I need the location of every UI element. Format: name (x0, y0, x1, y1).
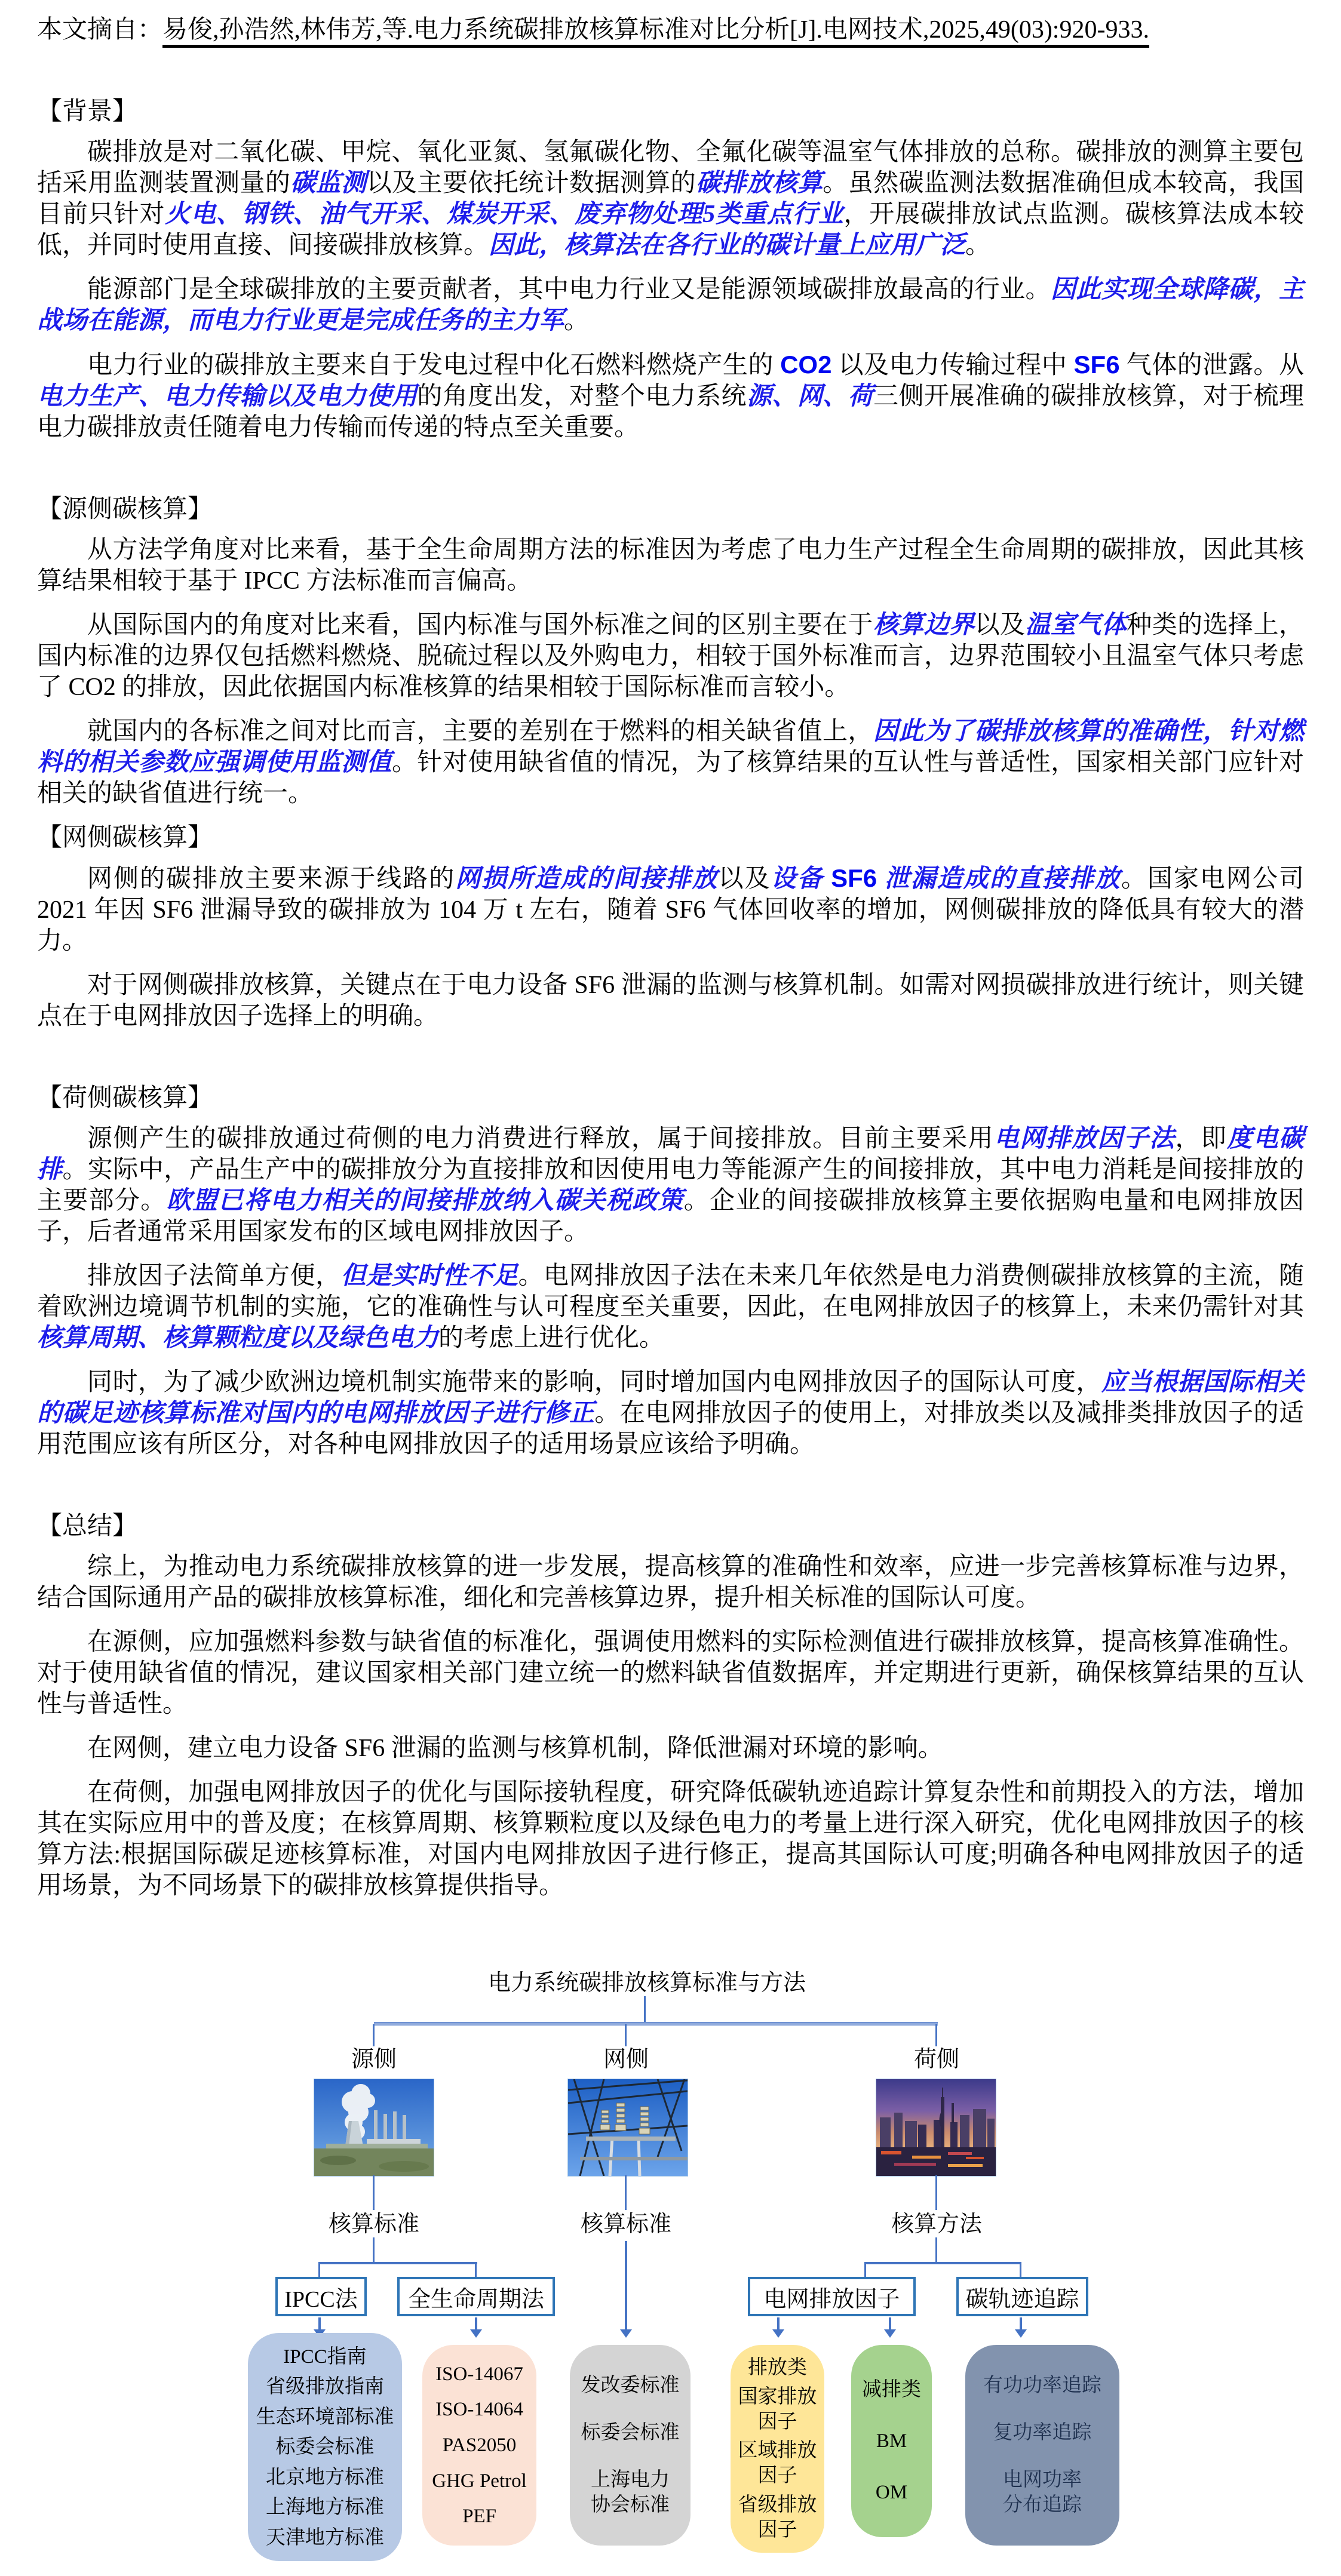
box-item-line: PAS2050 (443, 2433, 517, 2458)
box-item: ISO-14067 (435, 2362, 523, 2387)
paragraph: 在荷侧，加强电网排放因子的优化与国际接轨程度，研究降低碳轨迹追踪计算复杂性和前期… (37, 1777, 1304, 1901)
text-run: 因此，核算法在各行业的碳计量上应用广泛 (489, 232, 965, 259)
section-heading: 【背景】 (37, 96, 1304, 127)
figure-title: 电力系统碳排放核算标准与方法 (372, 1970, 922, 1996)
connector-line (475, 2264, 477, 2277)
box-item-line: 因子 (738, 2517, 817, 2543)
box-item: 发改委标准 (581, 2373, 680, 2398)
text-run: 。 (965, 232, 990, 259)
citation-prefix: 本文摘自： (37, 16, 162, 44)
text-run: 碳监测 (290, 170, 366, 197)
text-run: 排放因子法简单方便， (87, 1262, 340, 1290)
standards-box-ndrc: 发改委标准标委会标准上海电力协会标准 (570, 2345, 691, 2546)
box-item: GHG Petrol (432, 2469, 527, 2494)
arrow-lifecycle (470, 2329, 482, 2338)
box-item-line: GHG Petrol (432, 2469, 527, 2494)
box-item: 省级排放指南 (266, 2374, 384, 2399)
connector-line (644, 1996, 646, 2023)
text-run: 火电、钢铁、油气开采、煤炭开采、废弃物处理5类重点行业 (165, 201, 843, 228)
section-heading: 【网侧碳核算】 (37, 822, 1304, 853)
box-item-line: IPCC指南 (283, 2344, 366, 2369)
arrow-emission-factor-2 (884, 2329, 896, 2338)
text-run: 网侧的碳排放主要来源于线路的 (87, 865, 455, 893)
document-body: 本文摘自：易俊,孙浩然,林伟芳,等.电力系统碳排放核算标准对比分析[J].电网技… (37, 0, 1304, 1914)
box-item-line: 标委会标准 (276, 2434, 375, 2460)
box-item: PAS2050 (443, 2433, 517, 2458)
box-item-line: PEF (462, 2504, 496, 2529)
connector-bar (864, 2262, 1021, 2264)
box-item-line: 排放类 (748, 2355, 807, 2380)
box-item-line: 减排类 (862, 2377, 921, 2402)
box-item: 区域排放因子 (738, 2438, 817, 2488)
text-run: 核算边界 (873, 611, 975, 639)
transmission-lines-image (567, 2079, 688, 2177)
factors-box-reduction: 减排类BMOM (851, 2345, 932, 2537)
box-item-line: 北京地方标准 (266, 2465, 384, 2490)
citation-reference: 易俊,孙浩然,林伟芳,等.电力系统碳排放核算标准对比分析[J].电网技术,202… (162, 16, 1149, 48)
paragraph: 在源侧，应加强燃料参数与缺省值的标准化，强调使用燃料的实际检测值进行碳排放核算，… (37, 1627, 1304, 1720)
text-run: 在源侧，应加强燃料参数与缺省值的标准化，强调使用燃料的实际检测值进行碳排放核算，… (37, 1628, 1304, 1718)
text-run: 综上，为推动电力系统碳排放核算的进一步发展，提高核算的准确性和效率，应进一步完善… (37, 1553, 1304, 1612)
box-item-line: 发改委标准 (581, 2373, 680, 2398)
box-item: IPCC指南 (283, 2344, 366, 2369)
city-skyline-image (876, 2079, 996, 2177)
box-item-line: 生态环境部标准 (256, 2405, 394, 2430)
figure-diagram: 电力系统碳排放核算标准与方法 源侧 网侧 荷侧 (0, 1962, 1341, 2576)
paragraph: 在网侧，建立电力设备 SF6 泄漏的监测与核算机制，降低泄漏对环境的影响。 (37, 1733, 1304, 1764)
sections-container: 【背景】碳排放是对二氧化碳、甲烷、氧化亚氮、氢氟碳化物、全氟化碳等温室气体排放的… (37, 96, 1304, 1901)
text-run: 核算周期、核算颗粒度以及绿色电力 (37, 1324, 438, 1352)
connector-line (625, 2241, 627, 2329)
connector-line (373, 2024, 375, 2046)
box-item-line: 标委会标准 (581, 2420, 680, 2445)
text-run: ，即 (1175, 1125, 1227, 1152)
box-item: 复功率追踪 (993, 2420, 1092, 2445)
connector-bar (374, 2022, 938, 2025)
box-item-line: 分布追踪 (1003, 2492, 1082, 2517)
text-run: 电网排放因子法 (994, 1125, 1176, 1152)
text-run: 对于网侧碳排放核算，关键点在于电力设备 SF6 泄漏的监测与核算机制。如需对网损… (37, 972, 1304, 1030)
branch-label-load: 荷侧 (877, 2046, 996, 2073)
arrow-stem (318, 2317, 321, 2329)
text-run: 泄漏造成的直接排放 (877, 865, 1121, 893)
box-item-line: 上海地方标准 (266, 2495, 384, 2520)
box-item-line: 电网功率 (1003, 2467, 1082, 2492)
citation-line: 本文摘自：易俊,孙浩然,林伟芳,等.电力系统碳排放核算标准对比分析[J].电网技… (37, 14, 1304, 45)
connector-line (373, 2237, 375, 2263)
arrow-stem (1020, 2317, 1022, 2329)
box-item-line: 天津地方标准 (266, 2525, 384, 2550)
box-item: 有功功率追踪 (983, 2373, 1101, 2398)
box-item: 北京地方标准 (266, 2465, 384, 2490)
text-run: 以及 (975, 611, 1026, 639)
arrow-stem (777, 2317, 780, 2329)
text-run: 以及 (718, 865, 771, 893)
box-item: 上海电力协会标准 (591, 2467, 670, 2517)
text-run: 设备 (771, 865, 831, 893)
text-run: 。 (564, 307, 589, 334)
box-item: OM (876, 2480, 907, 2505)
connector-line (625, 2175, 627, 2210)
connector-line (1020, 2264, 1021, 2277)
method-box-ipcc: IPCC法 (275, 2277, 367, 2316)
connector-line (864, 2264, 866, 2277)
connector-line (625, 2024, 627, 2046)
branch-label-grid: 网侧 (566, 2046, 686, 2073)
paragraph: 能源部门是全球碳排放的主要贡献者，其中电力行业又是能源领域碳排放最高的行业。因此… (37, 274, 1304, 336)
box-item-line: ISO-14067 (435, 2362, 523, 2387)
section-heading: 【总结】 (37, 1511, 1304, 1542)
paragraph: 源侧产生的碳排放通过荷侧的电力消费进行释放，属于间接排放。目前主要采用电网排放因… (37, 1123, 1304, 1247)
text-run: CO2 (780, 351, 831, 379)
box-item-line: 复功率追踪 (993, 2420, 1092, 2445)
arrow-stem (889, 2317, 891, 2329)
box-item-line: BM (876, 2429, 907, 2454)
accounting-method-label-load: 核算方法 (877, 2211, 996, 2237)
box-item-line: 区域排放 (738, 2438, 817, 2463)
paragraph: 同时，为了减少欧洲边境机制实施带来的影响，同时增加国内电网排放因子的国际认可度，… (37, 1367, 1304, 1460)
text-run: 从国际国内的角度对比来看，国内标准与国外标准之间的区别主要在于 (87, 611, 873, 639)
paragraph: 对于网侧碳排放核算，关键点在于电力设备 SF6 泄漏的监测与核算机制。如需对网损… (37, 970, 1304, 1032)
section-heading: 【源侧碳核算】 (37, 494, 1304, 525)
text-run: 在网侧，建立电力设备 SF6 泄漏的监测与核算机制，降低泄漏对环境的影响。 (87, 1735, 943, 1762)
text-run: 温室气体 (1025, 611, 1127, 639)
text-run: 从方法学角度对比来看，基于全生命周期方法的标准因为考虑了电力生产过程全生命周期的… (37, 536, 1304, 595)
box-item-line: 协会标准 (591, 2492, 670, 2517)
document-page: 本文摘自：易俊,孙浩然,林伟芳,等.电力系统碳排放核算标准对比分析[J].电网技… (0, 0, 1341, 2576)
paragraph: 电力行业的碳排放主要来自于发电过程中化石燃料燃烧产生的 CO2 以及电力传输过程… (37, 349, 1304, 443)
arrow-emission-factor-1 (772, 2329, 784, 2338)
standards-box-iso: ISO-14067ISO-14064PAS2050GHG PetrolPEF (422, 2345, 536, 2546)
box-item-line: 上海电力 (591, 2467, 670, 2492)
box-item: 上海地方标准 (266, 2495, 384, 2520)
text-run: 同时，为了减少欧洲边境机制实施带来的影响，同时增加国内电网排放因子的国际认可度， (87, 1369, 1101, 1396)
paragraph: 排放因子法简单方便，但是实时性不足。电网排放因子法在未来几年依然是电力消费侧碳排… (37, 1261, 1304, 1354)
box-item: 排放类 (748, 2355, 807, 2380)
connector-line (935, 2175, 937, 2210)
text-run: 的角度出发，对整个电力系统 (417, 383, 747, 410)
text-run: 在荷侧，加强电网排放因子的优化与国际接轨程度，研究降低碳轨迹追踪计算复杂性和前期… (37, 1779, 1304, 1899)
paragraph: 网侧的碳排放主要来源于线路的网损所造成的间接排放以及设备 SF6 泄漏造成的直接… (37, 863, 1304, 957)
box-item-line: ISO-14064 (435, 2397, 523, 2422)
paragraph: 从国际国内的角度对比来看，国内标准与国外标准之间的区别主要在于核算边界以及温室气… (37, 610, 1304, 703)
text-run: 碳排放核算 (696, 170, 823, 197)
connector-bar (318, 2262, 477, 2264)
paragraph: 就国内的各标准之间对比而言，主要的差别在于燃料的相关缺省值上，因此为了碳排放核算… (37, 716, 1304, 809)
section-heading: 【荷侧碳核算】 (37, 1083, 1304, 1114)
box-item: 电网功率分布追踪 (1003, 2467, 1082, 2517)
paragraph: 从方法学角度对比来看，基于全生命周期方法的标准因为考虑了电力生产过程全生命周期的… (37, 534, 1304, 597)
text-run: 能源部门是全球碳排放的主要贡献者，其中电力行业又是能源领域碳排放最高的行业。 (87, 276, 1051, 303)
text-run: 电力行业的碳排放主要来自于发电过程中化石燃料燃烧产生的 (87, 352, 780, 379)
text-run: SF6 (1074, 351, 1120, 379)
box-item: 减排类 (862, 2377, 921, 2402)
connector-line (935, 2237, 937, 2263)
method-box-grid-emission-factor: 电网排放因子 (748, 2277, 916, 2316)
box-item-line: 省级排放指南 (266, 2374, 384, 2399)
standards-box-ipcc: IPCC指南省级排放指南生态环境部标准标委会标准北京地方标准上海地方标准天津地方… (248, 2333, 402, 2561)
text-run: SF6 (831, 864, 877, 892)
text-run: 源侧产生的碳排放通过荷侧的电力消费进行释放，属于间接排放。目前主要采用 (87, 1125, 994, 1152)
text-run: 欧盟已将电力相关的间接排放纳入碳关税政策 (167, 1187, 684, 1215)
arrow-stem (475, 2317, 477, 2329)
box-item: 省级排放因子 (738, 2492, 817, 2543)
power-plant-image (314, 2079, 434, 2177)
arrow-grid-standard (620, 2329, 632, 2338)
box-item-line: 因子 (738, 2409, 817, 2434)
connector-line (318, 2264, 320, 2277)
branch-label-source: 源侧 (314, 2046, 434, 2073)
text-run: 以及主要依托统计数据测算的 (367, 170, 696, 197)
factors-box-emission: 排放类国家排放因子区域排放因子省级排放因子 (731, 2345, 824, 2553)
box-item-line: 有功功率追踪 (983, 2373, 1101, 2398)
box-item-line: 国家排放 (738, 2384, 817, 2409)
text-run: 就国内的各标准之间对比而言，主要的差别在于燃料的相关缺省值上， (87, 718, 873, 745)
box-item: 国家排放因子 (738, 2384, 817, 2434)
box-item: 生态环境部标准 (256, 2405, 394, 2430)
text-run: 以及电力传输过程中 (831, 352, 1073, 379)
box-item: 标委会标准 (276, 2434, 375, 2460)
tracking-box-power: 有功功率追踪复功率追踪电网功率分布追踪 (965, 2345, 1119, 2546)
box-item-line: 因子 (738, 2463, 817, 2488)
method-box-lifecycle: 全生命周期法 (397, 2277, 555, 2316)
box-item: 标委会标准 (581, 2420, 680, 2445)
box-item: PEF (462, 2504, 496, 2529)
paragraph: 碳排放是对二氧化碳、甲烷、氧化亚氮、氢氟碳化物、全氟化碳等温室气体排放的总称。碳… (37, 137, 1304, 261)
method-box-carbon-track: 碳轨迹追踪 (956, 2277, 1088, 2316)
box-item-line: 省级排放 (738, 2492, 817, 2517)
text-run: 网损所造成的间接排放 (455, 865, 718, 893)
arrow-carbon-track (1015, 2329, 1027, 2338)
accounting-standard-label-source: 核算标准 (314, 2211, 434, 2237)
text-run: 气体的泄露。从 (1120, 352, 1304, 379)
text-run: 的考虑上进行优化。 (438, 1324, 664, 1352)
connector-line (373, 2175, 375, 2210)
box-item: 天津地方标准 (266, 2525, 384, 2550)
box-item: ISO-14064 (435, 2397, 523, 2422)
accounting-standard-label-grid: 核算标准 (566, 2211, 686, 2237)
text-run: 源、网、荷 (747, 383, 873, 410)
box-item-line: OM (876, 2480, 907, 2505)
text-run: 电力生产、电力传输以及电力使用 (37, 383, 417, 410)
connector-line (935, 2024, 937, 2046)
paragraph: 综上，为推动电力系统碳排放核算的进一步发展，提高核算的准确性和效率，应进一步完善… (37, 1551, 1304, 1613)
box-item: BM (876, 2429, 907, 2454)
text-run: 但是实时性不足 (340, 1262, 518, 1290)
